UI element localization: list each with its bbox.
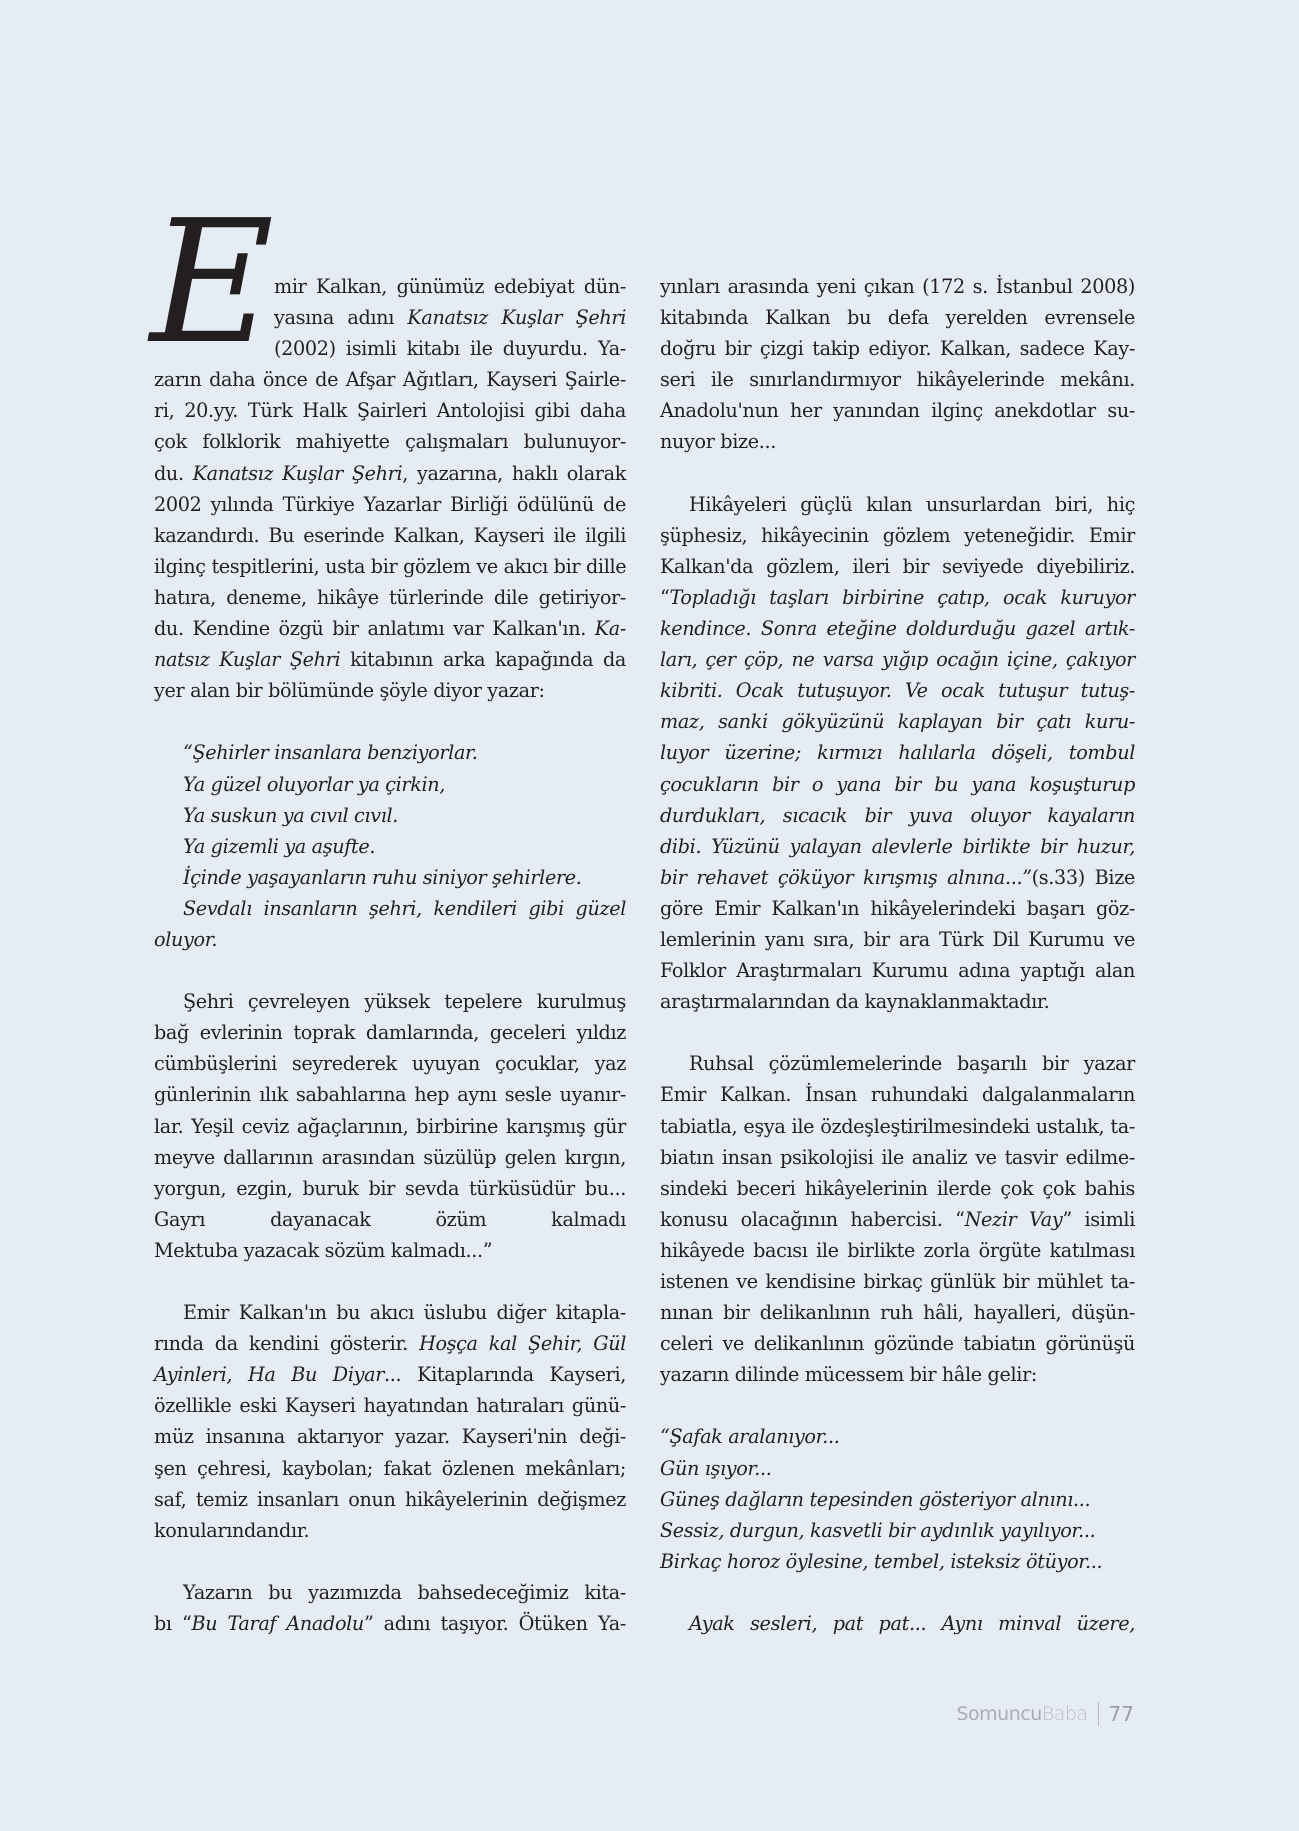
text-line: Şehri çevreleyen yüksek tepelere kurulmu… xyxy=(154,986,626,1017)
italic-text: Bu Taraf Anadolu xyxy=(191,1612,364,1635)
text-line: Ya suskun ya cıvıl cıvıl. xyxy=(154,800,626,831)
body-text: lemlerinin yanı sıra, bir ara Türk Dil K… xyxy=(660,928,1135,951)
body-text: Anadolu'nun her yanından ilginç anekdotl… xyxy=(660,399,1135,422)
italic-text: ları, çer çöp, ne varsa yığıp ocağın içi… xyxy=(660,648,1135,671)
body-text: Folklor Araştırmaları Kurumu adına yaptı… xyxy=(660,959,1135,982)
body-text: çok folklorik mahiyette çalışmaları bulu… xyxy=(154,430,626,453)
text-line: maz, sanki gökyüzünü kaplayan bir çatı k… xyxy=(660,706,1135,737)
italic-text: Gün ışıyor... xyxy=(660,1457,771,1480)
text-line: Güneş dağların tepesinden gösteriyor aln… xyxy=(660,1484,1135,1515)
body-text: Mektuba yazacak sözüm kalmadı...” xyxy=(154,1239,492,1262)
body-text: Şehri çevreleyen yüksek tepelere kurulmu… xyxy=(183,990,626,1013)
paragraph-gap xyxy=(660,458,1135,489)
text-line: araştırmalarından da kaynaklanmaktadır. xyxy=(660,986,1135,1017)
body-text: saf, temiz insanları onun hikâyelerinin … xyxy=(154,1488,626,1511)
left-column: mir Kalkan, günümüz edebiyat dün-yasına … xyxy=(154,271,626,1639)
italic-text: Ayak sesleri, pat pat... Aynı minval üze… xyxy=(689,1612,1135,1635)
text-line: Birkaç horoz öylesine, tembel, isteksiz … xyxy=(660,1546,1135,1577)
body-text: ” adını taşıyor. Ötüken Ya- xyxy=(364,1612,626,1635)
text-line: “Şehirler insanlara benziyorlar. xyxy=(154,737,626,768)
text-line: sindeki beceri hikâyelerinin ilerde çok … xyxy=(660,1173,1135,1204)
italic-text: Ka- xyxy=(595,617,626,640)
text-line: kendince. Sonra eteğine doldurduğu gazel… xyxy=(660,613,1135,644)
text-line: nınan bir delikanlının ruh hâli, hayalle… xyxy=(660,1297,1135,1328)
text-line: rında da kendini gösterir. Hoşça kal Şeh… xyxy=(154,1328,626,1359)
italic-text: Kanatsız Kuşlar Şehri xyxy=(193,462,403,485)
text-line: bağ evlerinin toprak damlarında, geceler… xyxy=(154,1017,626,1048)
italic-text: Sevdalı insanların şehri, kendileri gibi… xyxy=(183,897,626,920)
text-line: du. Kendine özgü bir anlatımı var Kalkan… xyxy=(154,613,626,644)
body-text: Emir Kalkan'ın bu akıcı üslubu diğer kit… xyxy=(183,1301,626,1324)
text-line: Ya gizemli ya aşufte. xyxy=(154,831,626,862)
text-line: hatıra, deneme, hikâye türlerinde dile g… xyxy=(154,582,626,613)
body-text: du. Kendine özgü bir anlatımı var Kalkan… xyxy=(154,617,595,640)
text-line: luyor üzerine; kırmızı halılarla döşeli,… xyxy=(660,737,1135,768)
right-column: yınları arasında yeni çıkan (172 s. İsta… xyxy=(660,271,1135,1639)
text-line: Ya güzel oluyorlar ya çirkin, xyxy=(154,769,626,800)
body-text: (s.33) Bize xyxy=(1032,866,1135,889)
body-text: istenen ve kendisine birkaç günlük bir m… xyxy=(660,1270,1135,1293)
paragraph-gap xyxy=(154,955,626,986)
italic-text: “Şehirler insanlara benziyorlar. xyxy=(183,741,478,764)
text-line: çocukların bir o yana bir bu yana koşuşt… xyxy=(660,769,1135,800)
text-line: konusu olacağının habercisi. “Nezir Vay”… xyxy=(660,1204,1135,1235)
body-text: seri ile sınırlandırmıyor hikâyelerinde … xyxy=(660,368,1135,391)
body-text: Emir Kalkan. İnsan ruhundaki dalgalanmal… xyxy=(660,1083,1135,1106)
body-text: yazarın dilinde mücessem bir hâle gelir: xyxy=(660,1363,1037,1386)
body-text: nınan bir delikanlının ruh hâli, hayalle… xyxy=(660,1301,1135,1324)
text-line: du. Kanatsız Kuşlar Şehri, yazarına, hak… xyxy=(154,458,626,489)
body-text: Ruhsal çözümlemelerinde başarılı bir yaz… xyxy=(689,1052,1135,1075)
body-text: günlerinin ılık sabahlarına hep aynı ses… xyxy=(154,1083,626,1106)
body-text: konusu olacağının habercisi. “ xyxy=(660,1208,965,1231)
italic-text: maz, sanki gökyüzünü kaplayan bir çatı k… xyxy=(660,710,1135,733)
text-line: Kalkan'da gözlem, ileri bir seviyede diy… xyxy=(660,551,1135,582)
text-line: Emir Kalkan. İnsan ruhundaki dalgalanmal… xyxy=(660,1079,1135,1110)
brand-secondary: Baba xyxy=(1042,1703,1088,1725)
text-line: ları, çer çöp, ne varsa yığıp ocağın içi… xyxy=(660,644,1135,675)
text-line: konularındandır. xyxy=(154,1515,626,1546)
text-line: Hikâyeleri güçlü kılan unsurlardan biri,… xyxy=(660,489,1135,520)
text-line: nuyor bize... xyxy=(660,426,1135,457)
paragraph-gap xyxy=(660,1017,1135,1048)
text-line: çok folklorik mahiyette çalışmaları bulu… xyxy=(154,426,626,457)
body-text: yınları arasında yeni çıkan (172 s. İsta… xyxy=(660,275,1135,298)
text-line: yazarın dilinde mücessem bir hâle gelir: xyxy=(660,1359,1135,1390)
page-number: 77 xyxy=(1109,1702,1134,1726)
body-text: ri, 20.yy. Türk Halk Şairleri Antolojisi… xyxy=(154,399,626,422)
paragraph-gap xyxy=(154,1266,626,1297)
body-text: nuyor bize... xyxy=(660,430,776,453)
text-line: doğru bir çizgi takip ediyor. Kalkan, sa… xyxy=(660,333,1135,364)
body-text: ... Kitaplarında Kayseri, xyxy=(384,1363,626,1386)
italic-text: Nezir Vay xyxy=(965,1208,1063,1231)
text-line: Folklor Araştırmaları Kurumu adına yaptı… xyxy=(660,955,1135,986)
text-line: yer alan bir bölümünde şöyle diyor yazar… xyxy=(154,675,626,706)
text-line: yasına adını Kanatsız Kuşlar Şehri xyxy=(154,302,626,333)
body-text: biatın insan psikolojisi ile analiz ve t… xyxy=(660,1146,1135,1169)
text-line: 2002 yılında Türkiye Yazarlar Birliği öd… xyxy=(154,489,626,520)
body-text: bağ evlerinin toprak damlarında, geceler… xyxy=(154,1021,626,1044)
body-text: Gayrı dayanacak özüm kalmadı xyxy=(154,1208,626,1231)
text-line: Ayinleri, Ha Bu Diyar... Kitaplarında Ka… xyxy=(154,1359,626,1390)
text-line: “Şafak aralanıyor... xyxy=(660,1421,1135,1452)
body-text: yer alan bir bölümünde şöyle diyor yazar… xyxy=(154,679,545,702)
body-text: bı “ xyxy=(154,1612,191,1635)
text-line: kazandırdı. Bu eserinde Kalkan, Kayseri … xyxy=(154,520,626,551)
italic-text: Hoşça kal Şehir, Gül xyxy=(419,1332,626,1355)
text-line: natsız Kuşlar Şehri kitabının arka kapağ… xyxy=(154,644,626,675)
paragraph-gap xyxy=(660,1577,1135,1608)
body-text: mir Kalkan, günümüz edebiyat dün- xyxy=(274,275,626,298)
text-line: seri ile sınırlandırmıyor hikâyelerinde … xyxy=(660,364,1135,395)
italic-text: “Şafak aralanıyor... xyxy=(660,1425,840,1448)
italic-text: dibi. Yüzünü yalayan alevlerle birlikte … xyxy=(660,835,1135,858)
body-text: şüphesiz, hikâyecinin gözlem yeteneğidir… xyxy=(660,524,1135,547)
text-line: Yazarın bu yazımızda bahsedeceğimiz kita… xyxy=(154,1577,626,1608)
body-text: Hikâyeleri güçlü kılan unsurlardan biri,… xyxy=(689,493,1135,516)
italic-text: Kanatsız Kuşlar Şehri xyxy=(407,306,626,329)
body-text: sindeki beceri hikâyelerinin ilerde çok … xyxy=(660,1177,1135,1200)
italic-text: bir rehavet çöküyor kırışmış alnına...” xyxy=(660,866,1032,889)
italic-text: İçinde yaşayanların ruhu siniyor şehirle… xyxy=(183,866,582,889)
footer-divider xyxy=(1098,1702,1099,1726)
page-footer: SomuncuBaba 77 xyxy=(956,1702,1134,1726)
text-line: Anadolu'nun her yanından ilginç anekdotl… xyxy=(660,395,1135,426)
italic-text: Ya suskun ya cıvıl cıvıl. xyxy=(183,804,398,827)
body-text: du. xyxy=(154,462,193,485)
body-text: özellikle eski Kayseri hayatından hatıra… xyxy=(154,1394,626,1417)
text-line: durdukları, sıcacık bir yuva oluyor kaya… xyxy=(660,800,1135,831)
italic-text: natsız Kuşlar Şehri xyxy=(154,648,340,671)
body-text: kazandırdı. Bu eserinde Kalkan, Kayseri … xyxy=(154,524,626,547)
italic-text: Sessiz, durgun, kasvetli bir aydınlık ya… xyxy=(660,1519,1095,1542)
italic-text: çocukların bir o yana bir bu yana koşuşt… xyxy=(660,773,1135,796)
text-line: göre Emir Kalkan'ın hikâyelerindeki başa… xyxy=(660,893,1135,924)
text-line: şüphesiz, hikâyecinin gözlem yeteneğidir… xyxy=(660,520,1135,551)
text-line: şen çehresi, kaybolan; fakat özlenen mek… xyxy=(154,1453,626,1484)
body-text: konularındandır. xyxy=(154,1519,309,1542)
italic-text: Topladığı taşları birbirine çatıp, ocak … xyxy=(669,586,1135,609)
body-text: tabiatla, eşya ile özdeşleştirilmesindek… xyxy=(660,1115,1135,1138)
body-text: meyve dallarının arasından süzülüp gelen… xyxy=(154,1146,626,1169)
body-text: lar. Yeşil ceviz ağaçlarının, birbirine … xyxy=(154,1115,626,1138)
body-text: şen çehresi, kaybolan; fakat özlenen mek… xyxy=(154,1457,626,1480)
text-line: saf, temiz insanları onun hikâyelerinin … xyxy=(154,1484,626,1515)
text-line: biatın insan psikolojisi ile analiz ve t… xyxy=(660,1142,1135,1173)
body-text: göre Emir Kalkan'ın hikâyelerindeki başa… xyxy=(660,897,1135,920)
italic-text: luyor üzerine; kırmızı halılarla döşeli,… xyxy=(660,741,1135,764)
italic-text: Ya gizemli ya aşufte. xyxy=(183,835,375,858)
text-line: günlerinin ılık sabahlarına hep aynı ses… xyxy=(154,1079,626,1110)
italic-text: durdukları, sıcacık bir yuva oluyor kaya… xyxy=(660,804,1135,827)
paragraph-gap xyxy=(660,1390,1135,1421)
body-text: araştırmalarından da kaynaklanmaktadır. xyxy=(660,990,1049,1013)
italic-text: Güneş dağların tepesinden gösteriyor aln… xyxy=(660,1488,1090,1511)
body-text: hatıra, deneme, hikâye türlerinde dile g… xyxy=(154,586,626,609)
text-line: yorgun, ezgin, buruk bir sevda türküsüdü… xyxy=(154,1173,626,1204)
text-line: hikâyede bacısı ile birlikte zorla örgüt… xyxy=(660,1235,1135,1266)
text-line: oluyor. xyxy=(154,924,626,955)
text-line: Emir Kalkan'ın bu akıcı üslubu diğer kit… xyxy=(154,1297,626,1328)
body-text: doğru bir çizgi takip ediyor. Kalkan, sa… xyxy=(660,337,1135,360)
body-text: kitabının arka kapağında da xyxy=(340,648,626,671)
body-text: zarın daha önce de Afşar Ağıtları, Kayse… xyxy=(154,368,626,391)
italic-text: Birkaç horoz öylesine, tembel, isteksiz … xyxy=(660,1550,1102,1573)
body-text: ” isimli xyxy=(1062,1208,1135,1231)
magazine-brand: SomuncuBaba xyxy=(956,1703,1087,1725)
text-line: Ruhsal çözümlemelerinde başarılı bir yaz… xyxy=(660,1048,1135,1079)
body-text: yorgun, ezgin, buruk bir sevda türküsüdü… xyxy=(154,1177,626,1200)
body-text: yasına adını xyxy=(274,306,407,329)
text-line: Gayrı dayanacak özüm kalmadı xyxy=(154,1204,626,1235)
body-text: celeri ve delikanlının gözünde tabiatın … xyxy=(660,1332,1135,1355)
body-text: Yazarın bu yazımızda bahsedeceğimiz kita… xyxy=(183,1581,626,1604)
text-line: Ayak sesleri, pat pat... Aynı minval üze… xyxy=(660,1608,1135,1639)
text-line: mir Kalkan, günümüz edebiyat dün- xyxy=(154,271,626,302)
body-text: (2002) isimli kitabı ile duyurdu. Ya- xyxy=(274,337,626,360)
text-line: yınları arasında yeni çıkan (172 s. İsta… xyxy=(660,271,1135,302)
italic-text: oluyor. xyxy=(154,928,217,951)
text-line: Mektuba yazacak sözüm kalmadı...” xyxy=(154,1235,626,1266)
body-text: ilginç tespitlerini, usta bir gözlem ve … xyxy=(154,555,626,578)
body-text: Kalkan'da gözlem, ileri bir seviyede diy… xyxy=(660,555,1135,578)
body-text: hikâyede bacısı ile birlikte zorla örgüt… xyxy=(660,1239,1135,1262)
text-line: istenen ve kendisine birkaç günlük bir m… xyxy=(660,1266,1135,1297)
text-line: “Topladığı taşları birbirine çatıp, ocak… xyxy=(660,582,1135,613)
text-line: lemlerinin yanı sıra, bir ara Türk Dil K… xyxy=(660,924,1135,955)
brand-primary: Somuncu xyxy=(956,1703,1041,1725)
text-line: tabiatla, eşya ile özdeşleştirilmesindek… xyxy=(660,1111,1135,1142)
body-text: cümbüşlerini seyrederek uyuyan çocuklar,… xyxy=(154,1052,626,1075)
text-line: (2002) isimli kitabı ile duyurdu. Ya- xyxy=(154,333,626,364)
text-line: cümbüşlerini seyrederek uyuyan çocuklar,… xyxy=(154,1048,626,1079)
text-line: dibi. Yüzünü yalayan alevlerle birlikte … xyxy=(660,831,1135,862)
text-line: bir rehavet çöküyor kırışmış alnına...”(… xyxy=(660,862,1135,893)
text-line: meyve dallarının arasından süzülüp gelen… xyxy=(154,1142,626,1173)
text-line: özellikle eski Kayseri hayatından hatıra… xyxy=(154,1390,626,1421)
paragraph-gap xyxy=(154,1546,626,1577)
text-line: ilginç tespitlerini, usta bir gözlem ve … xyxy=(154,551,626,582)
text-line: müz insanına aktarıyor yazar. Kayseri'ni… xyxy=(154,1421,626,1452)
paragraph-gap xyxy=(154,706,626,737)
text-line: celeri ve delikanlının gözünde tabiatın … xyxy=(660,1328,1135,1359)
text-line: zarın daha önce de Afşar Ağıtları, Kayse… xyxy=(154,364,626,395)
text-line: kibriti. Ocak tutuşuyor. Ve ocak tutuşur… xyxy=(660,675,1135,706)
body-text: müz insanına aktarıyor yazar. Kayseri'ni… xyxy=(154,1425,626,1448)
body-text: kitabında Kalkan bu defa yerelden evrens… xyxy=(660,306,1135,329)
text-line: Sevdalı insanların şehri, kendileri gibi… xyxy=(154,893,626,924)
italic-text: Ayinleri, Ha Bu Diyar xyxy=(154,1363,384,1386)
text-line: kitabında Kalkan bu defa yerelden evrens… xyxy=(660,302,1135,333)
body-text: , yazarına, haklı olarak xyxy=(402,462,626,485)
text-line: İçinde yaşayanların ruhu siniyor şehirle… xyxy=(154,862,626,893)
body-text: rında da kendini gösterir. xyxy=(154,1332,419,1355)
body-text: 2002 yılında Türkiye Yazarlar Birliği öd… xyxy=(154,493,626,516)
text-line: Sessiz, durgun, kasvetli bir aydınlık ya… xyxy=(660,1515,1135,1546)
text-line: ri, 20.yy. Türk Halk Şairleri Antolojisi… xyxy=(154,395,626,426)
text-line: Gün ışıyor... xyxy=(660,1453,1135,1484)
italic-text: Ya güzel oluyorlar ya çirkin, xyxy=(183,773,445,796)
italic-text: kibriti. Ocak tutuşuyor. Ve ocak tutuşur… xyxy=(660,679,1135,702)
italic-text: kendince. Sonra eteğine doldurduğu gazel… xyxy=(660,617,1135,640)
text-line: lar. Yeşil ceviz ağaçlarının, birbirine … xyxy=(154,1111,626,1142)
text-line: bı “Bu Taraf Anadolu” adını taşıyor. Ötü… xyxy=(154,1608,626,1639)
